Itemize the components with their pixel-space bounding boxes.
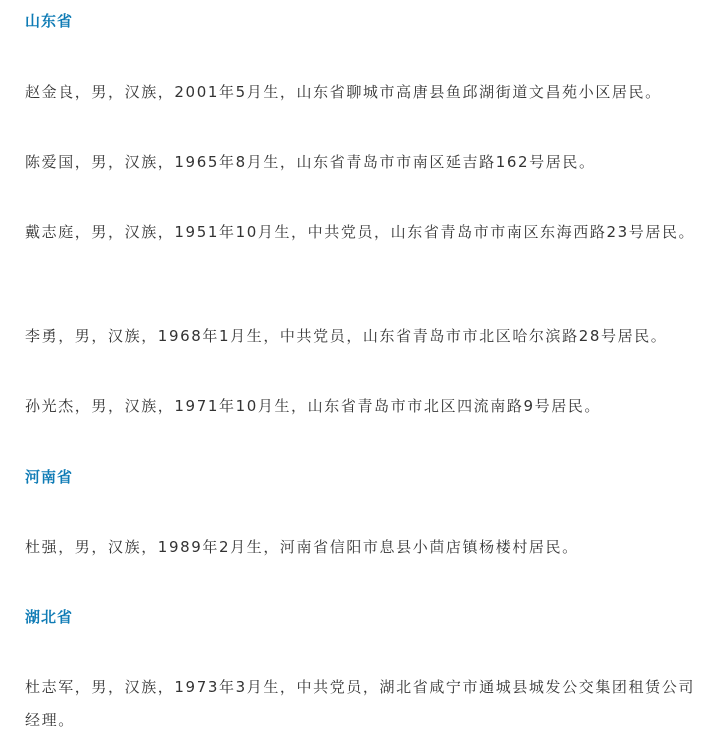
section-heading-shandong: 山东省 <box>25 11 73 31</box>
entry-chen-aiguo: 陈爱国，男，汉族，1965年8月生，山东省青岛市市南区延吉路162号居民。 <box>25 146 705 179</box>
entry-dai-zhiting: 戴志庭，男，汉族，1951年10月生，中共党员，山东省青岛市市南区东海西路23号… <box>25 216 705 249</box>
article-body: 山东省 赵金良，男，汉族，2001年5月生，山东省聊城市高唐县鱼邱湖街道文昌苑小… <box>0 0 726 753</box>
section-heading-henan: 河南省 <box>25 467 73 487</box>
entry-zhao-jinliang: 赵金良，男，汉族，2001年5月生，山东省聊城市高唐县鱼邱湖街道文昌苑小区居民。 <box>25 76 705 109</box>
entry-sun-guangjie: 孙光杰，男，汉族，1971年10月生，山东省青岛市市北区四流南路9号居民。 <box>25 390 705 423</box>
entry-du-qiang: 杜强，男，汉族，1989年2月生，河南省信阳市息县小茴店镇杨楼村居民。 <box>25 531 705 564</box>
entry-li-yong: 李勇，男，汉族，1968年1月生，中共党员，山东省青岛市市北区哈尔滨路28号居民… <box>25 320 705 353</box>
entry-du-zhijun: 杜志军，男，汉族，1973年3月生，中共党员，湖北省咸宁市通城县城发公交集团租赁… <box>25 671 705 737</box>
section-heading-hubei: 湖北省 <box>25 607 73 627</box>
